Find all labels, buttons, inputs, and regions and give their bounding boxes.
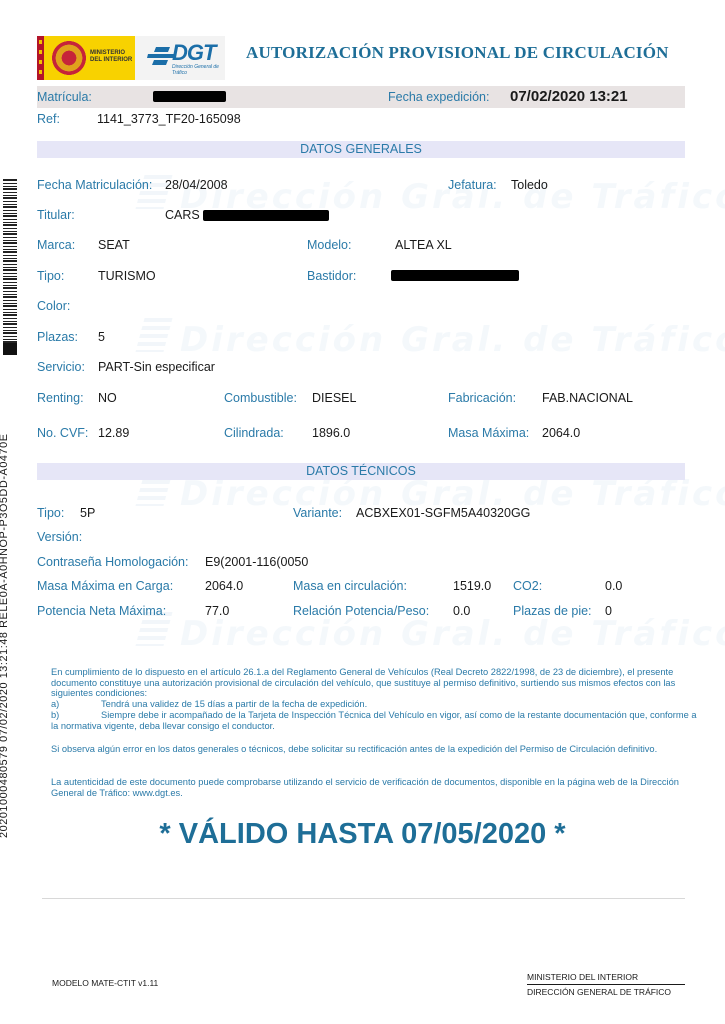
model-version: MODELO MATE-CTIT v1.11 bbox=[52, 978, 158, 988]
legal-paragraph-1: En cumplimiento de lo dispuesto en el ar… bbox=[51, 667, 706, 699]
dt-tipo-label: Tipo: bbox=[37, 506, 64, 520]
masa-maxima-value: 2064.0 bbox=[542, 426, 580, 440]
plazas-label: Plazas: bbox=[37, 330, 78, 344]
spain-flag-strip bbox=[37, 36, 44, 80]
legal-paragraph-2: Si observa algún error en los datos gene… bbox=[51, 744, 706, 755]
dgt-logo-subtitle: Dirección General de Tráfico bbox=[172, 64, 222, 76]
version-label: Versión: bbox=[37, 530, 82, 544]
masa-maxima-label: Masa Máxima: bbox=[448, 426, 529, 440]
masa-carga-value: 2064.0 bbox=[205, 579, 243, 593]
condition-b-marker: b) bbox=[51, 710, 101, 721]
footer-dgt: DIRECCIÓN GENERAL DE TRÁFICO bbox=[527, 987, 671, 997]
fecha-matriculacion-value: 28/04/2008 bbox=[165, 178, 228, 192]
potencia-label: Potencia Neta Máxima: bbox=[37, 604, 166, 618]
watermark: Dirección Gral. de Tráfico bbox=[180, 320, 725, 360]
dgt-logo-text: DGT bbox=[172, 40, 215, 66]
ministerio-label: MINISTERIO DEL INTERIOR bbox=[90, 50, 134, 64]
masa-carga-label: Masa Máxima en Carga: bbox=[37, 579, 173, 593]
plazas-pie-label: Plazas de pie: bbox=[513, 604, 592, 618]
titular-value: CARS bbox=[165, 208, 200, 222]
marca-value: SEAT bbox=[98, 238, 130, 252]
combustible-value: DIESEL bbox=[312, 391, 356, 405]
fabricacion-label: Fabricación: bbox=[448, 391, 516, 405]
coat-of-arms-icon bbox=[52, 41, 86, 75]
dt-tipo-value: 5P bbox=[80, 506, 95, 520]
bastidor-label: Bastidor: bbox=[307, 269, 356, 283]
modelo-label: Modelo: bbox=[307, 238, 351, 252]
tipo-label: Tipo: bbox=[37, 269, 64, 283]
homologacion-label: Contraseña Homologación: bbox=[37, 555, 188, 569]
matricula-label: Matrícula: bbox=[37, 90, 92, 104]
matricula-redacted bbox=[153, 91, 226, 102]
titular-label: Titular: bbox=[37, 208, 75, 222]
ref-value: 1141_3773_TF20-165098 bbox=[97, 112, 241, 126]
bastidor-redacted bbox=[391, 270, 519, 281]
renting-label: Renting: bbox=[37, 391, 84, 405]
fabricacion-value: FAB.NACIONAL bbox=[542, 391, 633, 405]
fecha-expedicion-value: 07/02/2020 13:21 bbox=[510, 88, 628, 105]
condition-b-text: Siempre debe ir acompañado de la Tarjeta… bbox=[51, 710, 697, 731]
watermark: Dirección Gral. de Tráfico bbox=[180, 614, 725, 654]
renting-value: NO bbox=[98, 391, 117, 405]
barcode-block bbox=[3, 343, 17, 355]
fecha-expedicion-label: Fecha expedición: bbox=[388, 90, 489, 104]
titular-redacted bbox=[203, 210, 329, 221]
modelo-value: ALTEA XL bbox=[395, 238, 452, 252]
divider bbox=[42, 898, 685, 899]
cvf-value: 12.89 bbox=[98, 426, 129, 440]
ref-label: Ref: bbox=[37, 112, 60, 126]
relacion-value: 0.0 bbox=[453, 604, 470, 618]
footer-divider bbox=[527, 984, 685, 985]
fecha-matriculacion-label: Fecha Matriculación: bbox=[37, 178, 152, 192]
co2-value: 0.0 bbox=[605, 579, 622, 593]
plazas-pie-value: 0 bbox=[605, 604, 612, 618]
servicio-label: Servicio: bbox=[37, 360, 85, 374]
co2-label: CO2: bbox=[513, 579, 542, 593]
color-label: Color: bbox=[37, 299, 70, 313]
legal-condition-a: a)Tendrá una validez de 15 días a partir… bbox=[51, 699, 691, 710]
barcode-strip bbox=[3, 178, 17, 343]
section-datos-generales: DATOS GENERALES bbox=[37, 141, 685, 158]
variante-value: ACBXEX01-SGFM5A40320GG bbox=[356, 506, 530, 520]
variante-label: Variante: bbox=[293, 506, 342, 520]
cilindrada-label: Cilindrada: bbox=[224, 426, 284, 440]
cvf-label: No. CVF: bbox=[37, 426, 88, 440]
plazas-value: 5 bbox=[98, 330, 105, 344]
jefatura-label: Jefatura: bbox=[448, 178, 497, 192]
validity-banner: * VÁLIDO HASTA 07/05/2020 * bbox=[0, 818, 725, 851]
section-datos-tecnicos: DATOS TÉCNICOS bbox=[37, 463, 685, 480]
condition-a-text: Tendrá una validez de 15 días a partir d… bbox=[101, 699, 367, 709]
combustible-label: Combustible: bbox=[224, 391, 297, 405]
watermark-icon bbox=[135, 318, 172, 352]
homologacion-value: E9(2001-116(0050 bbox=[205, 555, 308, 569]
marca-label: Marca: bbox=[37, 238, 75, 252]
legal-condition-b: b)Siempre debe ir acompañado de la Tarje… bbox=[51, 710, 706, 731]
legal-paragraph-3: La autenticidad de este documento puede … bbox=[51, 777, 706, 798]
side-verification-code: 20201000480579 07/02/2020 13:21:48 RELE0… bbox=[0, 433, 10, 838]
jefatura-value: Toledo bbox=[511, 178, 548, 192]
condition-a-marker: a) bbox=[51, 699, 101, 710]
masa-circulacion-label: Masa en circulación: bbox=[293, 579, 407, 593]
relacion-label: Relación Potencia/Peso: bbox=[293, 604, 429, 618]
masa-circulacion-value: 1519.0 bbox=[453, 579, 491, 593]
cilindrada-value: 1896.0 bbox=[312, 426, 350, 440]
servicio-value: PART-Sin especificar bbox=[98, 360, 215, 374]
potencia-value: 77.0 bbox=[205, 604, 229, 618]
document-title: AUTORIZACIÓN PROVISIONAL DE CIRCULACIÓN bbox=[246, 43, 669, 63]
tipo-value: TURISMO bbox=[98, 269, 156, 283]
footer-ministerio: MINISTERIO DEL INTERIOR bbox=[527, 972, 638, 982]
